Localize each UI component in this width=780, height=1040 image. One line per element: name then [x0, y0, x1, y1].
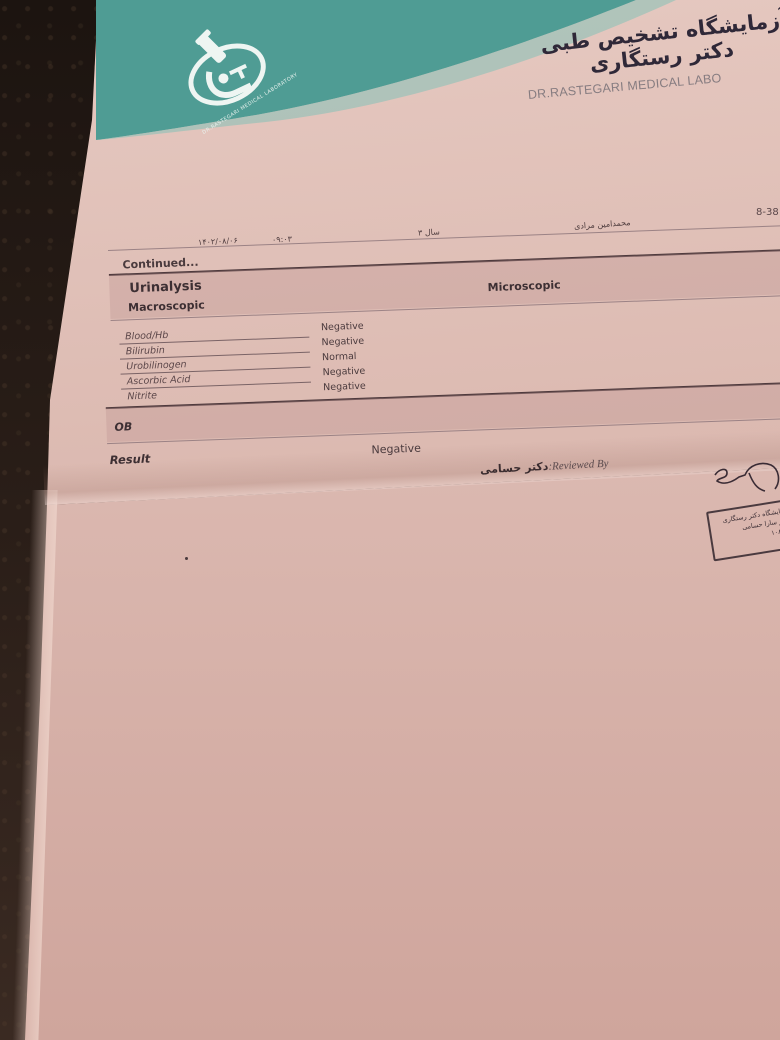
continued-label: Continued...: [122, 256, 198, 272]
test-name: Bilirubin: [126, 345, 165, 357]
test-value: Normal: [322, 351, 357, 363]
test-value: Negative: [323, 381, 366, 394]
test-name: Blood/Hb: [125, 330, 169, 343]
patient-id: 8-38: [756, 207, 779, 218]
test-value: Negative: [321, 321, 364, 334]
microscopic-heading: Microscopic: [487, 278, 560, 294]
test-name: Urobilinogen: [126, 359, 187, 372]
result-label: Result: [109, 452, 150, 467]
test-value: Negative: [321, 336, 364, 349]
test-name: Nitrite: [127, 390, 157, 402]
signature-icon: [705, 455, 780, 505]
ob-section-label: OB: [114, 420, 132, 434]
patient-age: ۳ سال: [418, 227, 440, 237]
patient-name: محمدامین مرادی: [574, 218, 631, 231]
patient-info-row: ۱۴۰۲/۰۸/۰۶ ۰۹:۰۳ ۳ سال محمدامین مرادی 8-…: [0, 0, 780, 260]
test-value: Negative: [322, 366, 365, 379]
urinalysis-report: Continued... Urinalysis Macroscopic Micr…: [108, 224, 780, 479]
section-title: Urinalysis: [129, 279, 202, 297]
result-value: Negative: [371, 442, 421, 457]
paper-speck: [185, 557, 188, 560]
